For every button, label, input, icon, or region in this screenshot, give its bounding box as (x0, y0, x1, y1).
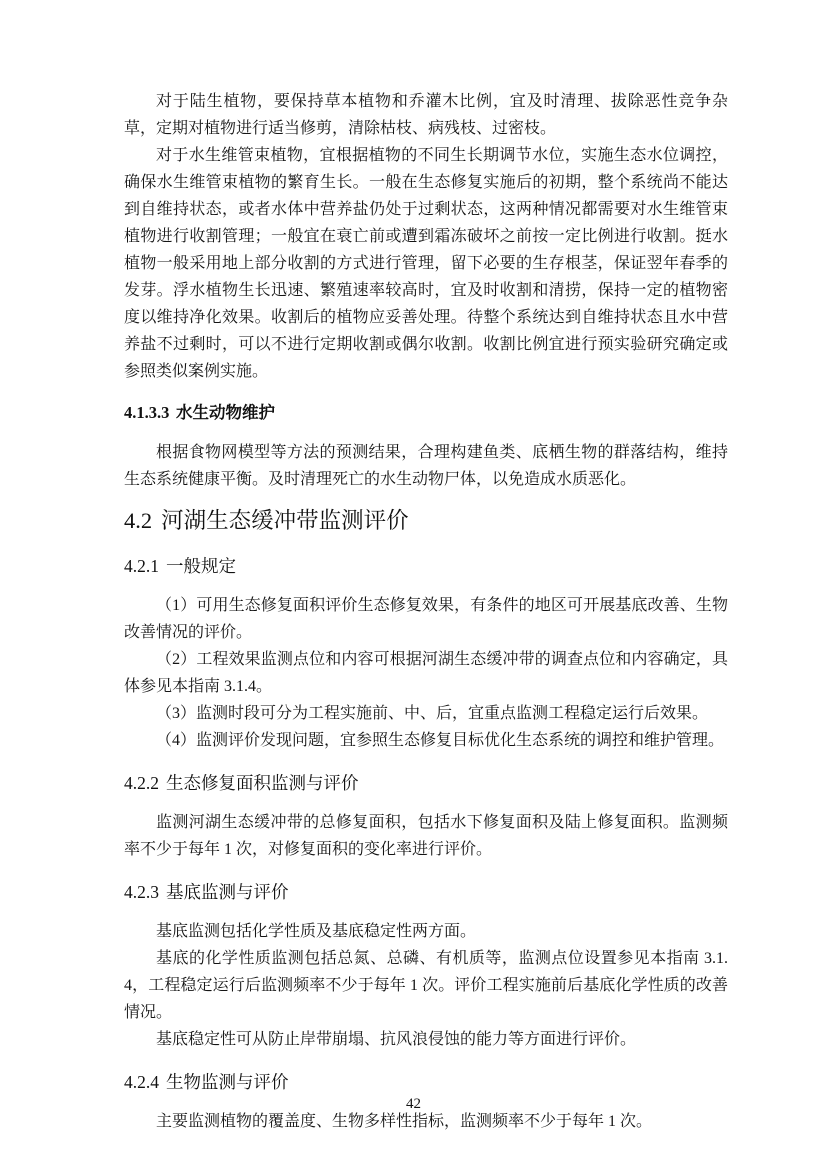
content-area: 对于陆生植物，要保持草本植物和乔灌木比例，宜及时清理、拔除恶性竞争杂草，定期对植… (124, 88, 728, 1135)
heading-title: 一般规定 (166, 556, 236, 576)
heading-aquatic-animal-maintenance: 4.1.3.3水生动物维护 (124, 401, 728, 425)
heading-buffer-zone-monitoring: 4.2河湖生态缓冲带监测评价 (124, 505, 728, 537)
document-page: 对于陆生植物，要保持草本植物和乔灌木比例，宜及时清理、拔除恶性竞争杂草，定期对植… (0, 0, 827, 1169)
para-substrate-chemistry: 基底的化学性质监测包括总氮、总磷、有机质等，监测点位设置参见本指南 3.1.4，… (124, 945, 728, 1026)
general-item-2: （2）工程效果监测点位和内容可根据河湖生态缓冲带的调查点位和内容确定，具体参见本… (124, 646, 728, 700)
heading-title: 水生动物维护 (176, 404, 275, 422)
para-aquatic-vascular-plants: 对于水生维管束植物，宜根据植物的不同生长期调节水位，实施生态水位调控，确保水生维… (124, 142, 728, 385)
heading-title: 河湖生态缓冲带监测评价 (161, 508, 409, 533)
heading-substrate-monitoring: 4.2.3基底监测与评价 (124, 879, 728, 905)
para-substrate-overview: 基底监测包括化学性质及基底稳定性两方面。 (124, 918, 728, 945)
page-number: 42 (0, 1094, 827, 1114)
heading-number: 4.2 (124, 508, 152, 533)
heading-title: 生态修复面积监测与评价 (166, 773, 359, 793)
heading-title: 生物监测与评价 (166, 1072, 289, 1092)
heading-number: 4.1.3.3 (124, 403, 169, 422)
para-substrate-stability: 基底稳定性可从防止岸带崩塌、抗风浪侵蚀的能力等方面进行评价。 (124, 1026, 728, 1053)
heading-title: 基底监测与评价 (166, 882, 289, 902)
heading-biological-monitoring: 4.2.4生物监测与评价 (124, 1069, 728, 1095)
para-aquatic-animals: 根据食物网模型等方法的预测结果，合理构建鱼类、底栖生物的群落结构，维持生态系统健… (124, 439, 728, 493)
general-item-1: （1）可用生态修复面积评价生态修复效果，有条件的地区可开展基底改善、生物改善情况… (124, 592, 728, 646)
heading-number: 4.2.3 (124, 882, 159, 902)
heading-number: 4.2.2 (124, 773, 159, 793)
general-item-3: （3）监测时段可分为工程实施前、中、后，宜重点监测工程稳定运行后效果。 (124, 700, 728, 727)
general-item-4: （4）监测评价发现问题，宜参照生态修复目标优化生态系统的调控和维护管理。 (124, 727, 728, 754)
para-terrestrial-plants: 对于陆生植物，要保持草本植物和乔灌木比例，宜及时清理、拔除恶性竞争杂草，定期对植… (124, 88, 728, 142)
para-restoration-area: 监测河湖生态缓冲带的总修复面积，包括水下修复面积及陆上修复面积。监测频率不少于每… (124, 809, 728, 863)
heading-restoration-area-monitoring: 4.2.2生态修复面积监测与评价 (124, 770, 728, 796)
heading-number: 4.2.4 (124, 1072, 159, 1092)
heading-general-provisions: 4.2.1一般规定 (124, 553, 728, 579)
heading-number: 4.2.1 (124, 556, 159, 576)
